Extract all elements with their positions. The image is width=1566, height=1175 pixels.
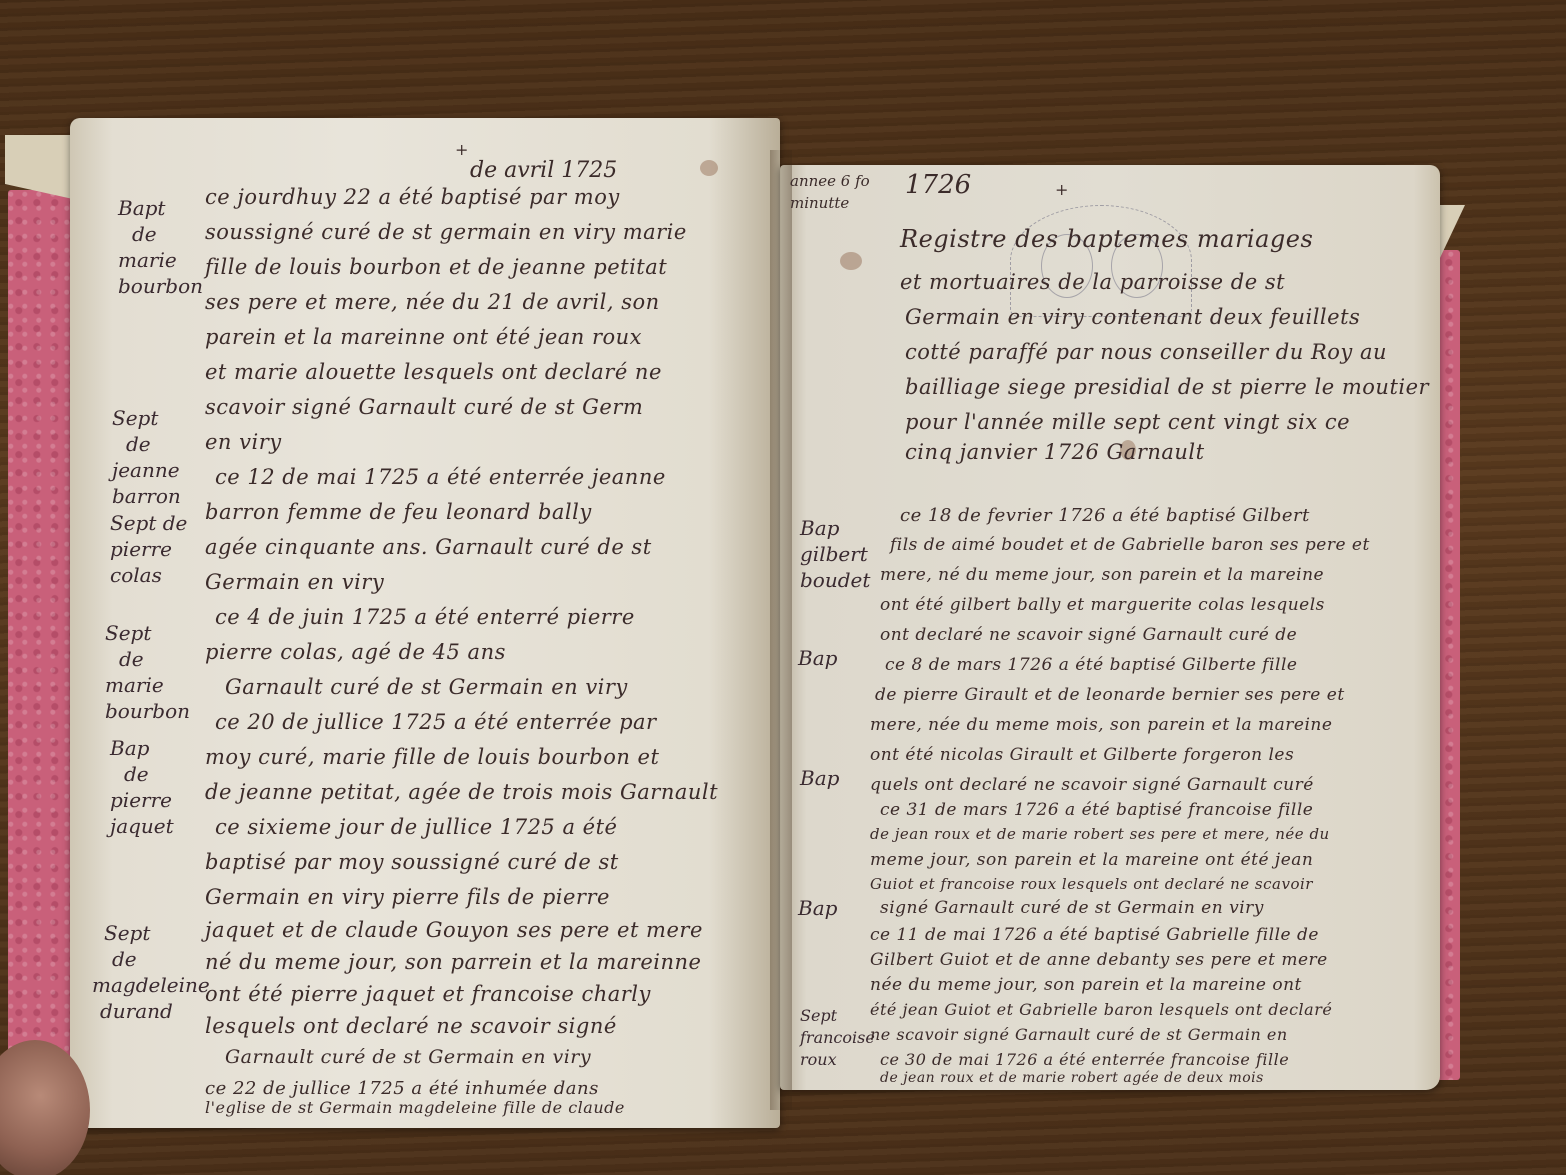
text-line: mere, né du meme jour, son parein et la … — [880, 565, 1324, 585]
text-line: Guiot et francoise roux lesquels ont dec… — [870, 875, 1313, 893]
official-stamp-icon — [1010, 205, 1192, 317]
margin-note: Bap — [800, 765, 839, 791]
book-gutter — [770, 150, 792, 1110]
text-line: ont declaré ne scavoir signé Garnault cu… — [880, 625, 1297, 645]
text-line: ce sixieme jour de jullice 1725 a été — [215, 815, 617, 839]
margin-note: Bapt de marie bourbon — [118, 195, 203, 299]
text-line: lesquels ont declaré ne scavoir signé — [205, 1014, 617, 1038]
text-line: en viry — [205, 430, 282, 454]
text-line: ce 18 de fevrier 1726 a été baptisé Gilb… — [900, 505, 1310, 526]
text-line: de jean roux et de marie robert ses pere… — [870, 825, 1330, 843]
text-line: mere, née du meme mois, son parein et la… — [870, 715, 1332, 735]
text-line: barron femme de feu leonard bally — [205, 500, 592, 524]
margin-note: Sept de marie bourbon — [105, 620, 190, 724]
text-line: cotté paraffé par nous conseiller du Roy… — [905, 340, 1387, 364]
text-line: de pierre Girault et de leonarde bernier… — [875, 685, 1345, 705]
text-line: ce 30 de mai 1726 a été enterrée francoi… — [880, 1050, 1289, 1069]
text-line: signé Garnault curé de st Germain en vir… — [880, 898, 1264, 918]
text-line: baptisé par moy soussigné curé de st — [205, 850, 619, 874]
text-line: ce 31 de mars 1726 a été baptisé francoi… — [880, 800, 1313, 820]
text-line: et mortuaires de la parroisse de st — [900, 270, 1285, 294]
text-line: meme jour, son parein et la mareine ont … — [870, 850, 1313, 870]
text-line: ce 11 de mai 1726 a été baptisé Gabriell… — [870, 925, 1319, 945]
left-header-mark: + — [455, 140, 468, 159]
text-line: Garnault curé de st Germain en viry — [225, 1046, 591, 1068]
text-line: Gilbert Guiot et de anne debanty ses per… — [870, 950, 1328, 970]
ink-stain — [840, 252, 862, 270]
text-line: ont été pierre jaquet et francoise charl… — [205, 982, 651, 1006]
margin-note: Sept de jeanne barron — [112, 405, 181, 509]
text-line: Germain en viry pierre fils de pierre — [205, 885, 610, 909]
text-line: pour l'année mille sept cent vingt six c… — [905, 410, 1350, 434]
text-line: ce 12 de mai 1725 a été enterrée jeanne — [215, 465, 666, 489]
right-page-year: 1726 — [905, 170, 971, 200]
margin-note: Bap de pierre jaquet — [110, 735, 174, 839]
text-line: été jean Guiot et Gabrielle baron lesque… — [870, 1000, 1332, 1019]
text-line: ont été nicolas Girault et Gilberte forg… — [870, 745, 1294, 765]
text-line: l'eglise de st Germain magdeleine fille … — [205, 1098, 625, 1117]
text-line: de jean roux et de marie robert agée de … — [880, 1070, 1264, 1086]
text-line: agée cinquante ans. Garnault curé de st — [205, 535, 652, 559]
text-line: cinq janvier 1726 Garnault — [905, 440, 1205, 464]
text-line: bailliage siege presidial de st pierre l… — [905, 375, 1429, 399]
margin-note: Bap — [798, 895, 837, 921]
text-line: scavoir signé Garnault curé de st Germ — [205, 395, 643, 419]
text-line: ce 8 de mars 1726 a été baptisé Gilberte… — [885, 655, 1297, 675]
text-line: Germain en viry contenant deux feuillets — [905, 305, 1360, 329]
text-line: et marie alouette lesquels ont declaré n… — [205, 360, 662, 384]
text-line: ce jourdhuy 22 a été baptisé par moy — [205, 185, 620, 209]
text-line: fils de aimé boudet et de Gabrielle baro… — [890, 535, 1370, 555]
text-line: fille de louis bourbon et de jeanne peti… — [205, 255, 667, 279]
right-header-mark: + — [1055, 180, 1068, 199]
ink-stain — [700, 160, 718, 176]
right-page-corner-note: annee 6 fo minutte — [790, 170, 870, 214]
text-line: née du meme jour, son parein et la marei… — [870, 975, 1302, 995]
margin-note: Sept de pierre colas — [110, 510, 187, 588]
text-line: quels ont declaré ne scavoir signé Garna… — [870, 775, 1314, 795]
margin-note: Bap — [798, 645, 837, 671]
text-line: ce 22 de jullice 1725 a été inhumée dans — [205, 1078, 599, 1099]
text-line: parein et la mareinne ont été jean roux — [205, 325, 642, 349]
book-cover-left — [8, 190, 78, 1070]
text-line: soussigné curé de st germain en viry mar… — [205, 220, 687, 244]
margin-note: Sept de magdeleine durand — [92, 920, 210, 1024]
text-line: moy curé, marie fille de louis bourbon e… — [205, 745, 659, 769]
text-line: né du meme jour, son parrein et la marei… — [205, 950, 701, 974]
text-line: ne scavoir signé Garnault curé de st Ger… — [870, 1025, 1288, 1044]
text-line: ses pere et mere, née du 21 de avril, so… — [205, 290, 660, 314]
text-line: ce 4 de juin 1725 a été enterré pierre — [215, 605, 635, 629]
text-line: ont été gilbert bally et marguerite cola… — [880, 595, 1325, 615]
text-line: ce 20 de jullice 1725 a été enterrée par — [215, 710, 657, 734]
margin-note: Bap gilbert boudet — [800, 515, 870, 593]
text-line: jaquet et de claude Gouyon ses pere et m… — [205, 918, 703, 942]
text-line: de jeanne petitat, agée de trois mois Ga… — [205, 780, 718, 804]
register-title-line: Registre des baptemes mariages — [900, 225, 1313, 253]
left-page-header: de avril 1725 — [470, 158, 617, 183]
text-line: pierre colas, agé de 45 ans — [205, 640, 506, 664]
text-line: Garnault curé de st Germain en viry — [225, 675, 628, 699]
margin-note: Sept francoise roux — [800, 1005, 875, 1071]
text-line: Germain en viry — [205, 570, 384, 594]
